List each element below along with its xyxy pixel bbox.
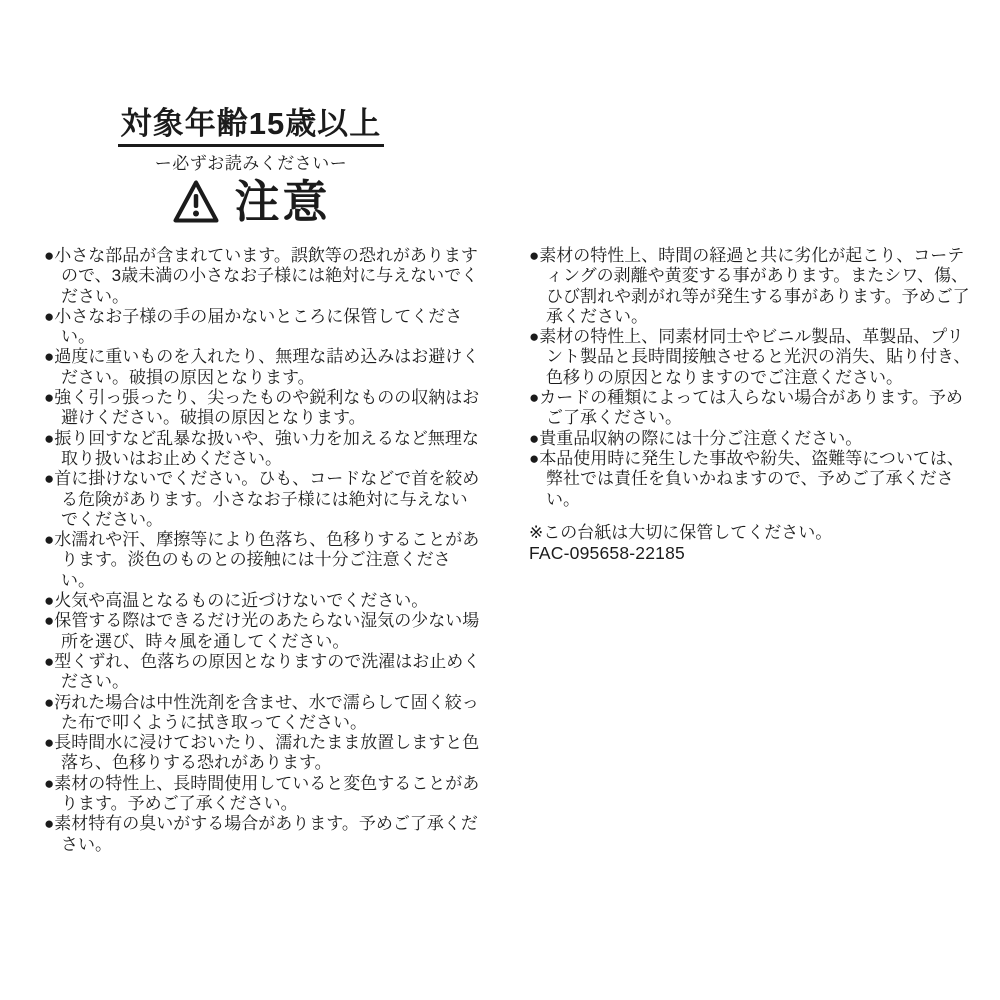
notice-item: ●火気や高温となるものに近づけないでください。 [44,591,484,611]
notice-item: ●汚れた場合は中性洗剤を含ませ、水で濡らして固く絞った布で叩くように拭き取ってく… [44,693,484,734]
notice-item: ●小さなお子様の手の届かないところに保管してください。 [44,307,484,348]
notice-item: ●長時間水に浸けておいたり、濡れたまま放置しますと色落ち、色移りする恐れがありま… [44,733,484,774]
keep-card-note: ※この台紙は大切に保管してください。 [529,523,973,543]
notice-item: ●過度に重いものを入れたり、無理な詰め込みはお避けください。破損の原因となります… [44,347,484,388]
notice-item: ●素材の特性上、時間の経過と共に劣化が起こり、コーティングの剥離や黄変する事があ… [529,246,973,327]
notice-item: ●保管する際はできるだけ光のあたらない湿気の少ない場所を選び、時々風を通してくだ… [44,611,484,652]
header: 対象年齢15歳以上 ー必ずお読みくださいー 注意 [0,106,502,225]
notices-left-column: ●小さな部品が含まれています。誤飲等の恐れがありますので、3歳未満の小さなお子様… [44,246,484,855]
notices-right-column: ●素材の特性上、時間の経過と共に劣化が起こり、コーティングの剥離や黄変する事があ… [529,246,973,563]
notice-item: ●強く引っ張ったり、尖ったものや鋭利なものの収納はお避けください。破損の原因とな… [44,388,484,429]
caution-heading: 注意 [0,179,502,225]
notice-item: ●貴重品収納の際には十分ご注意ください。 [529,429,973,449]
warning-triangle-icon [171,179,221,225]
notice-item: ●カードの種類によっては入らない場合があります。予めご了承ください。 [529,388,973,429]
caution-title: 注意 [234,179,330,224]
notice-item: ●振り回すなど乱暴な扱いや、強い力を加えるなど無理な取り扱いはお止めください。 [44,429,484,470]
target-age-label: 対象年齢15歳以上 [118,106,384,147]
must-read-note: ー必ずお読みくださいー [0,149,502,174]
notice-item: ●素材の特性上、長時間使用していると変色することがあります。予めご了承ください。 [44,774,484,815]
product-code: FAC-095658-22185 [529,543,973,563]
notice-item: ●型くずれ、色落ちの原因となりますので洗濯はお止めください。 [44,652,484,693]
notice-item: ●水濡れや汗、摩擦等により色落ち、色移りすることがあります。淡色のものとの接触に… [44,530,484,591]
notice-item: ●本品使用時に発生した事故や紛失、盗難等については、弊社では責任を負いかねますの… [529,449,973,510]
notice-list-left: ●小さな部品が含まれています。誤飲等の恐れがありますので、3歳未満の小さなお子様… [44,246,484,855]
notice-item: ●素材の特性上、同素材同士やビニル製品、革製品、プリント製品と長時間接触させると… [529,327,973,388]
notice-item: ●小さな部品が含まれています。誤飲等の恐れがありますので、3歳未満の小さなお子様… [44,246,484,307]
caution-card: 対象年齢15歳以上 ー必ずお読みくださいー 注意 ●小さな部品が含まれています。… [0,0,1000,1000]
notice-item: ●素材特有の臭いがする場合があります。予めご了承ください。 [44,814,484,855]
notice-item: ●首に掛けないでください。ひも、コードなどで首を絞める危険があります。小さなお子… [44,469,484,530]
footer-note-block: ※この台紙は大切に保管してください。 FAC-095658-22185 [529,523,973,564]
notice-list-right: ●素材の特性上、時間の経過と共に劣化が起こり、コーティングの剥離や黄変する事があ… [529,246,973,510]
